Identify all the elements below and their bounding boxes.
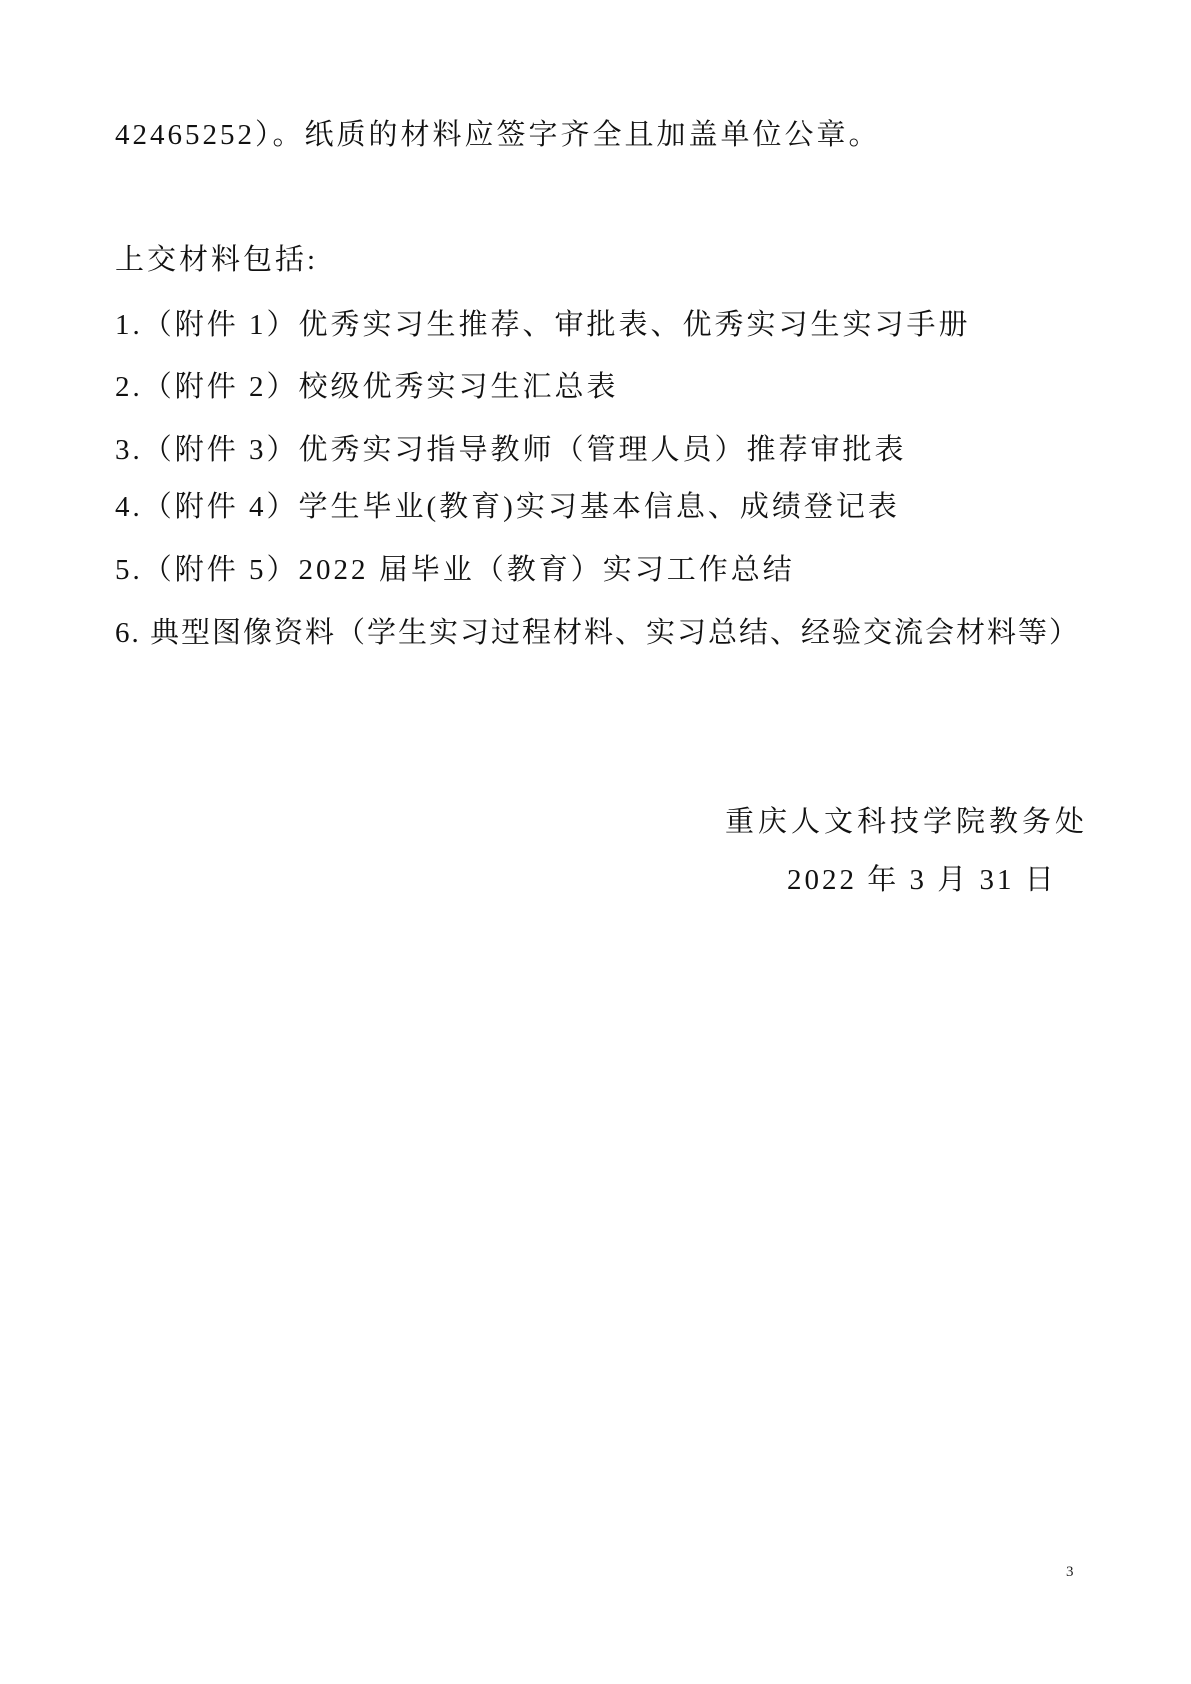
materials-heading: 上交材料包括: bbox=[115, 242, 318, 278]
list-item: 4.（附件 4）学生毕业(教育)实习基本信息、成绩登记表 bbox=[115, 489, 900, 525]
signature-date: 2022 年 3 月 31 日 bbox=[787, 862, 1057, 898]
list-item: 6. 典型图像资料（学生实习过程材料、实习总结、经验交流会材料等） bbox=[115, 615, 1080, 651]
list-item: 1.（附件 1）优秀实习生推荐、审批表、优秀实习生实习手册 bbox=[115, 307, 971, 343]
document-page: 42465252）。纸质的材料应签字齐全且加盖单位公章。 上交材料包括: 1.（… bbox=[0, 0, 1191, 1684]
page-number: 3 bbox=[1066, 1562, 1074, 1582]
continuation-paragraph: 42465252）。纸质的材料应签字齐全且加盖单位公章。 bbox=[115, 117, 881, 153]
list-item: 3.（附件 3）优秀实习指导教师（管理人员）推荐审批表 bbox=[115, 432, 907, 468]
signature-organization: 重庆人文科技学院教务处 bbox=[725, 804, 1088, 840]
list-item: 5.（附件 5）2022 届毕业（教育）实习工作总结 bbox=[115, 552, 795, 588]
list-item: 2.（附件 2）校级优秀实习生汇总表 bbox=[115, 369, 619, 405]
